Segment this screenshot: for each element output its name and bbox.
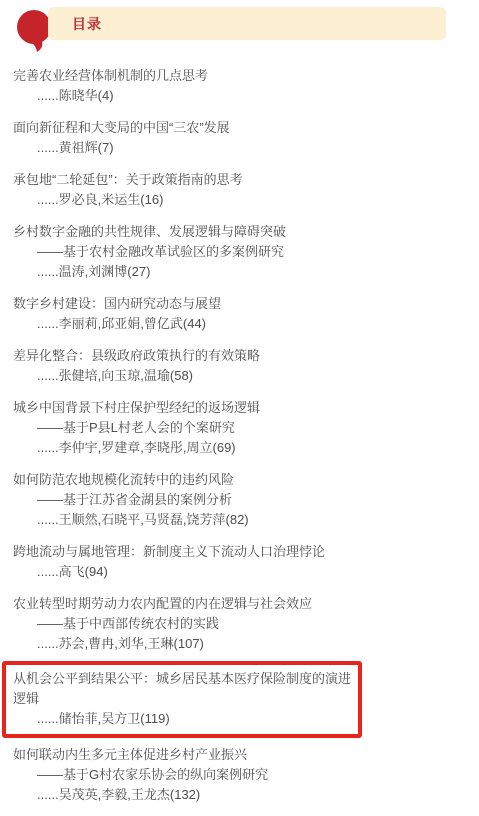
entry-authors-page: ......高飞(94) bbox=[13, 562, 479, 582]
entry-authors-page: ......王顺然,石晓平,马贤磊,饶芳萍(82) bbox=[13, 510, 479, 530]
entry-title: 城乡中国背景下村庄保护型经纪的返场逻辑 bbox=[13, 398, 479, 418]
toc-entry[interactable]: 农业转型时期劳动力农内配置的内在逻辑与社会效应 ——基于中西部传统农村的实践 .… bbox=[0, 594, 479, 654]
entry-title: 农业转型时期劳动力农内配置的内在逻辑与社会效应 bbox=[13, 594, 479, 614]
toc-entry[interactable]: 乡村数字金融的共性规律、发展逻辑与障碍突破 ——基于农村金融改革试验区的多案例研… bbox=[0, 222, 479, 282]
toc-entry-highlighted[interactable]: 从机会公平到结果公平：城乡居民基本医疗保险制度的演进逻辑 ......储怡菲,吴… bbox=[2, 661, 362, 738]
entry-title: 数字乡村建设：国内研究动态与展望 bbox=[13, 294, 479, 314]
toc-entry[interactable]: 完善农业经营体制机制的几点思考 ......陈晓华(4) bbox=[0, 66, 479, 106]
toc-entry[interactable]: 跨地流动与属地管理：新制度主义下流动人口治理悖论 ......高飞(94) bbox=[0, 542, 479, 582]
entry-subtitle: ——基于中西部传统农村的实践 bbox=[13, 614, 479, 634]
page-root: { "header": { "icon": "speech-bubble-ico… bbox=[0, 0, 479, 816]
entry-title: 差异化整合：县级政府政策执行的有效策略 bbox=[13, 346, 479, 366]
entry-title: 面向新征程和大变局的中国“三农”发展 bbox=[13, 118, 479, 138]
entry-authors-page: ......苏会,曹冉,刘华,王琳(107) bbox=[13, 634, 479, 654]
entry-title: 如何防范农地规模化流转中的违约风险 bbox=[13, 470, 479, 490]
toc-banner-title: 目录 bbox=[72, 14, 102, 34]
entry-authors-page: ......张健培,向玉琼,温瑜(58) bbox=[13, 366, 479, 386]
toc-entry[interactable]: 面向新征程和大变局的中国“三农”发展 ......黄祖辉(7) bbox=[0, 118, 479, 158]
entry-title: 乡村数字金融的共性规律、发展逻辑与障碍突破 bbox=[13, 222, 479, 242]
entry-authors-page: ......吴茂英,李毅,王龙杰(132) bbox=[13, 785, 479, 805]
entry-authors-page: ......储怡菲,吴方卫(119) bbox=[13, 709, 354, 729]
entry-authors-page: ......黄祖辉(7) bbox=[13, 138, 479, 158]
toc-entry[interactable]: 差异化整合：县级政府政策执行的有效策略 ......张健培,向玉琼,温瑜(58) bbox=[0, 346, 479, 386]
toc-entry[interactable]: 城乡中国背景下村庄保护型经纪的返场逻辑 ——基于P县L村老人会的个案研究 ...… bbox=[0, 398, 479, 458]
toc-entry[interactable]: 如何防范农地规模化流转中的违约风险 ——基于江苏省金湖县的案例分析 ......… bbox=[0, 470, 479, 530]
toc-entry[interactable]: 承包地“二轮延包”：关于政策指南的思考 ......罗必良,米运生(16) bbox=[0, 170, 479, 210]
entry-authors-page: ......罗必良,米运生(16) bbox=[13, 190, 479, 210]
toc-banner: 目录 bbox=[48, 7, 446, 40]
speech-bubble-icon bbox=[8, 4, 52, 52]
entry-title: 如何联动内生多元主体促进乡村产业振兴 bbox=[13, 745, 479, 765]
entry-subtitle: ——基于江苏省金湖县的案例分析 bbox=[13, 490, 479, 510]
entry-subtitle: ——基于农村金融改革试验区的多案例研究 bbox=[13, 242, 479, 262]
entry-authors-page: ......李丽莉,邱亚娟,曾亿武(44) bbox=[13, 314, 479, 334]
toc-entry[interactable]: 数字乡村建设：国内研究动态与展望 ......李丽莉,邱亚娟,曾亿武(44) bbox=[0, 294, 479, 334]
entry-subtitle: ——基于G村农家乐协会的纵向案例研究 bbox=[13, 765, 479, 785]
entry-title: 跨地流动与属地管理：新制度主义下流动人口治理悖论 bbox=[13, 542, 479, 562]
toc-list: 完善农业经营体制机制的几点思考 ......陈晓华(4) 面向新征程和大变局的中… bbox=[0, 66, 479, 816]
entry-title: 承包地“二轮延包”：关于政策指南的思考 bbox=[13, 170, 479, 190]
entry-title: 从机会公平到结果公平：城乡居民基本医疗保险制度的演进逻辑 bbox=[13, 669, 354, 709]
entry-authors-page: ......李仲宇,罗建章,李晓彤,周立(69) bbox=[13, 438, 479, 458]
header: 目录 bbox=[0, 0, 479, 56]
entry-subtitle: ——基于P县L村老人会的个案研究 bbox=[13, 418, 479, 438]
entry-title: 完善农业经营体制机制的几点思考 bbox=[13, 66, 479, 86]
toc-entry[interactable]: 如何联动内生多元主体促进乡村产业振兴 ——基于G村农家乐协会的纵向案例研究 ..… bbox=[0, 745, 479, 805]
entry-authors-page: ......温涛,刘渊博(27) bbox=[13, 262, 479, 282]
entry-authors-page: ......陈晓华(4) bbox=[13, 86, 479, 106]
